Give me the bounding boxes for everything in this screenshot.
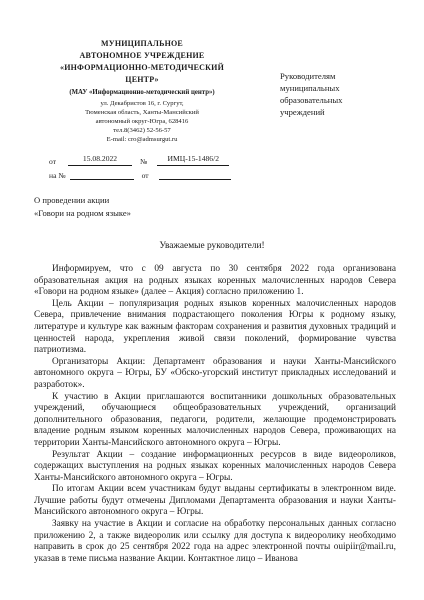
body-paragraph: К участию в Акции приглашаются воспитанн… xyxy=(34,392,396,450)
address-line: автономный округ-Югра, 628416 xyxy=(34,117,250,126)
incoming-number-value xyxy=(70,168,134,180)
recipient-line: Руководителям xyxy=(280,70,400,82)
organization-name-line: АВТОНОМНОЕ УЧРЕЖДЕНИЕ xyxy=(34,50,250,62)
recipient-line: образовательных xyxy=(280,94,400,106)
subject-line: «Говори на родном языке» xyxy=(34,207,424,220)
recipient-block: Руководителям муниципальных образователь… xyxy=(280,38,400,144)
organization-name-line: «ИНФОРМАЦИОННО-МЕТОДИЧЕСКИЙ xyxy=(34,62,250,74)
reference-row-outgoing: от 15.08.2022 № ИМЦ-15-1486/2 xyxy=(49,152,424,166)
organization-short-name: (МАУ «Информационно-методический центр») xyxy=(34,88,250,98)
outgoing-date-label: от xyxy=(49,157,56,166)
reference-row-incoming: на № от xyxy=(49,166,424,180)
body-paragraph: По итогам Акции всем участникам будут вы… xyxy=(34,484,396,519)
salutation: Уважаемые руководители! xyxy=(0,241,424,251)
outgoing-date-value: 15.08.2022 xyxy=(68,154,132,166)
recipient-line: учреждений xyxy=(280,106,400,118)
incoming-date-label: от xyxy=(142,171,149,180)
outgoing-number-label: № xyxy=(140,157,147,166)
body-paragraph: Результат Акции – создание информационны… xyxy=(34,450,396,485)
body-paragraph: Информируем, что с 09 августа по 30 сент… xyxy=(34,264,396,299)
reference-block: от 15.08.2022 № ИМЦ-15-1486/2 на № от xyxy=(49,152,424,180)
incoming-date-value xyxy=(159,168,231,180)
recipient-line: муниципальных xyxy=(280,82,400,94)
email-line: E-mail: cro@admsurgut.ru xyxy=(34,135,250,144)
letter-page: МУНИЦИПАЛЬНОЕ АВТОНОМНОЕ УЧРЕЖДЕНИЕ «ИНФ… xyxy=(0,0,424,600)
body-paragraph: Организаторы Акции: Департамент образова… xyxy=(34,357,396,392)
body-paragraph: Цель Акции – популяризация родных языков… xyxy=(34,299,396,357)
phone-line: тел.8(3462) 52-56-57 xyxy=(34,126,250,135)
outgoing-number-value: ИМЦ-15-1486/2 xyxy=(157,154,229,166)
address-line: Тюменская область, Ханты-Мансийский xyxy=(34,108,250,117)
letter-header: МУНИЦИПАЛЬНОЕ АВТОНОМНОЕ УЧРЕЖДЕНИЕ «ИНФ… xyxy=(0,0,424,144)
body-paragraph: Заявку на участие в Акции и согласие на … xyxy=(34,519,396,565)
incoming-number-label: на № xyxy=(49,171,66,180)
letter-body: Информируем, что с 09 августа по 30 сент… xyxy=(34,264,396,565)
organization-block: МУНИЦИПАЛЬНОЕ АВТОНОМНОЕ УЧРЕЖДЕНИЕ «ИНФ… xyxy=(34,38,250,144)
subject-block: О проведении акции «Говори на родном язы… xyxy=(34,194,424,220)
address-line: ул. Декабристов 16, г. Сургут, xyxy=(34,99,250,108)
subject-line: О проведении акции xyxy=(34,194,424,207)
organization-name-line: ЦЕНТР» xyxy=(34,74,250,86)
organization-address: ул. Декабристов 16, г. Сургут, Тюменская… xyxy=(34,99,250,144)
organization-name-line: МУНИЦИПАЛЬНОЕ xyxy=(34,38,250,50)
